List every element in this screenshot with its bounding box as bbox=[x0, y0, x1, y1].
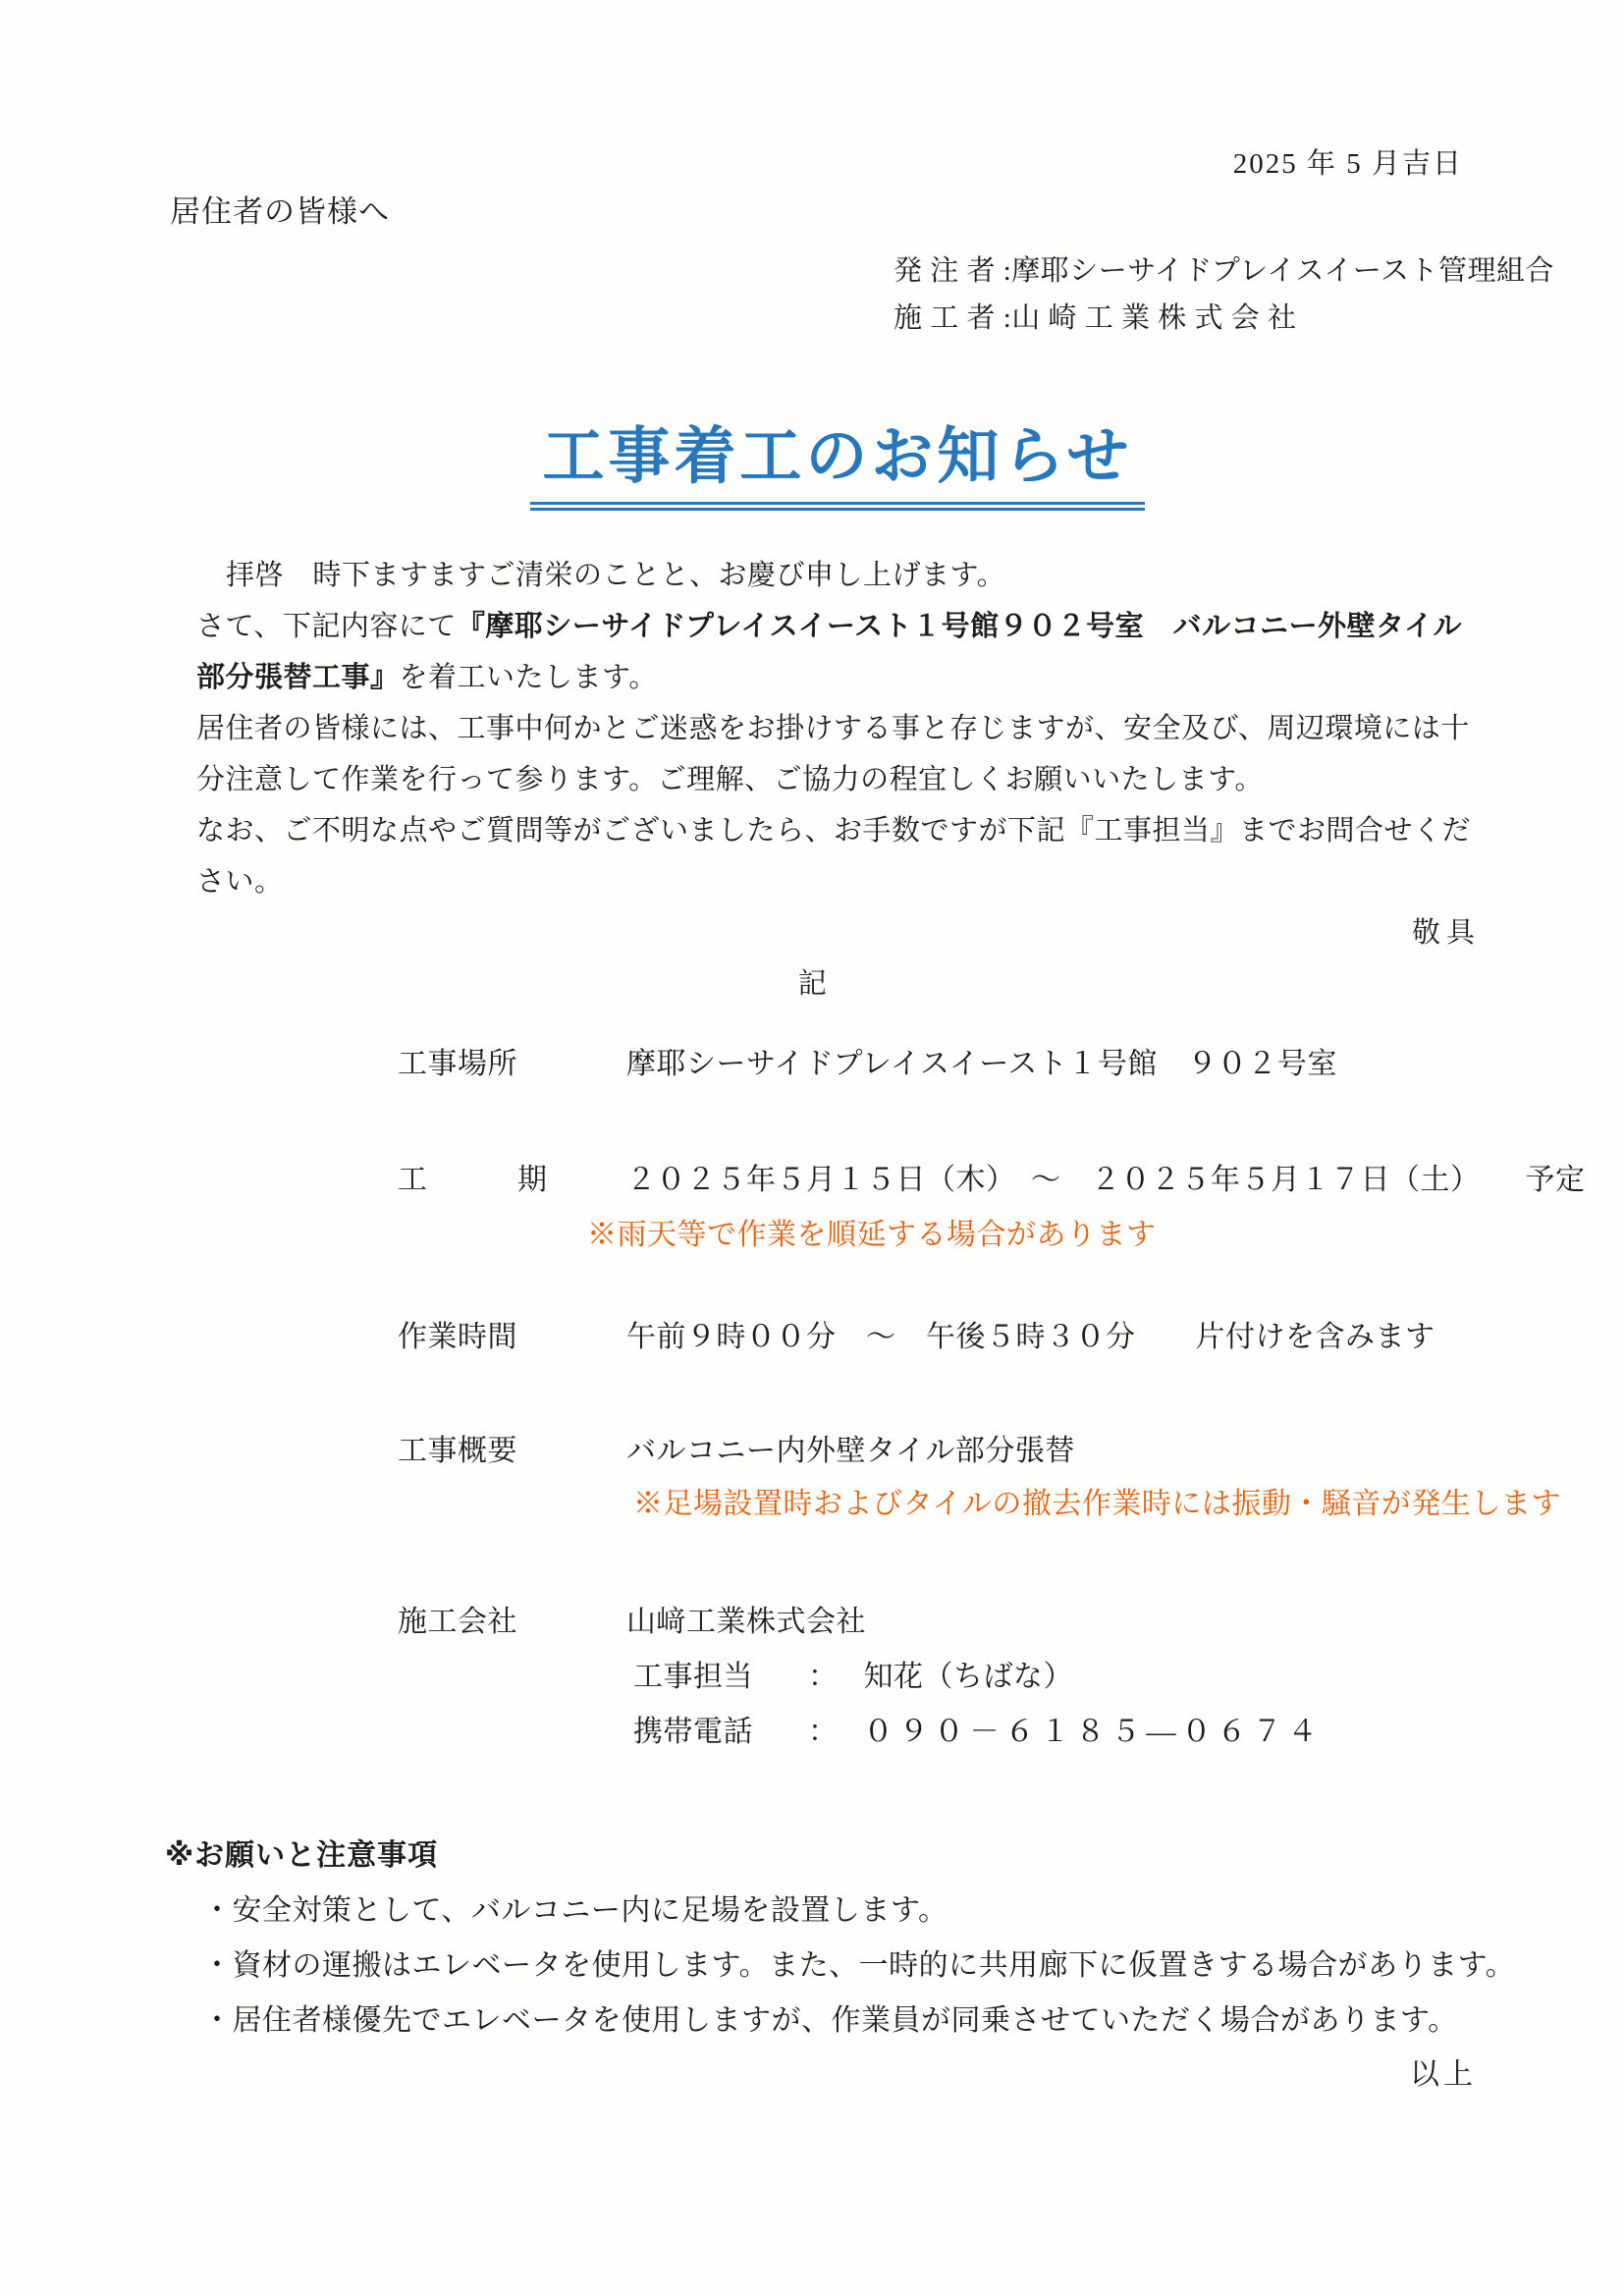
phone-label: 携帯電話 bbox=[633, 1711, 783, 1754]
note-bullet-scaffold: ・安全対策として、バルコニー内に足場を設置します。 bbox=[165, 1889, 1481, 1933]
detail-row-hours: 作業時間 午前９時００分 ～ 午後５時３０分 片付けを含みます bbox=[398, 1316, 1527, 1359]
detail-row-period: 工 期 ２０２５年５月１５日（木） ～ ２０２５年５月１７日（土） 予定 bbox=[398, 1159, 1527, 1202]
note-bullet-elevator: ・居住者様優先でエレベータを使用しますが、作業員が同乗させていただく場合がありま… bbox=[165, 1999, 1481, 2043]
title-row: 工事着工のお知らせ bbox=[0, 407, 1624, 511]
hours-value: 午前９時００分 ～ 午後５時３０分 片付けを含みます bbox=[626, 1316, 1435, 1359]
phone-row: 携帯電話 ： ０９０－６１８５―０６７４ bbox=[398, 1711, 1527, 1754]
contact-row: 工事担当 ： 知花（ちばな） bbox=[398, 1656, 1527, 1699]
announcement-paragraph: さて、下記内容にて『摩耶シーサイドプレイスイースト１号館９０２号室 バルコニー外… bbox=[196, 601, 1483, 703]
body-text: 拝啓 時下ますますご清栄のことと、お慶び申し上げます。 さて、下記内容にて『摩耶… bbox=[196, 550, 1483, 1010]
period-warning-note: ※雨天等で作業を順延する場合があります bbox=[398, 1214, 1527, 1257]
contractor-line: 施 工 者 :山 崎 工 業 株 式 会 社 bbox=[893, 295, 1554, 342]
contact-label: 工事担当 bbox=[633, 1656, 783, 1699]
location-label: 工事場所 bbox=[398, 1043, 626, 1086]
apology-paragraph: 居住者の皆様には、工事中何かとご迷惑をお掛けする事と存じますが、安全及び、周辺環… bbox=[196, 703, 1483, 805]
document-date: 2025 年 5 月吉日 bbox=[1233, 141, 1463, 182]
greeting-paragraph: 拝啓 時下ますますご清栄のことと、お慶び申し上げます。 bbox=[196, 550, 1483, 601]
company-value: 山﨑工業株式会社 bbox=[626, 1601, 866, 1644]
location-value: 摩耶シーサイドプレイスイースト１号館 ９０２号室 bbox=[626, 1043, 1337, 1086]
overview-label: 工事概要 bbox=[398, 1430, 626, 1473]
parties-block: 発 注 者 :摩耶シーサイドプレイスイースト管理組合 施 工 者 :山 崎 工 … bbox=[893, 247, 1554, 342]
phone-colon: ： bbox=[783, 1711, 864, 1754]
overview-warning-note: ※足場設置時およびタイルの撤去作業時には振動・騒音が発生します bbox=[398, 1483, 1527, 1526]
contact-colon: ： bbox=[783, 1656, 864, 1699]
closing-word: 敬具 bbox=[196, 907, 1483, 958]
details-section: 工事場所 摩耶シーサイドプレイスイースト１号館 ９０２号室 工 期 ２０２５年５… bbox=[398, 1043, 1527, 1754]
detail-row-location: 工事場所 摩耶シーサイドプレイスイースト１号館 ９０２号室 bbox=[398, 1043, 1527, 1086]
hours-label: 作業時間 bbox=[398, 1316, 626, 1359]
announcement-post: を着工いたします。 bbox=[400, 662, 658, 693]
contact-value: 知花（ちばな） bbox=[864, 1656, 1074, 1699]
recipient-line: 居住者の皆様へ bbox=[170, 187, 390, 231]
period-label: 工 期 bbox=[398, 1159, 626, 1202]
notes-section: ※お願いと注意事項 ・安全対策として、バルコニー内に足場を設置します。 ・資材の… bbox=[165, 1834, 1481, 2097]
period-value: ２０２５年５月１５日（木） ～ ２０２５年５月１７日（土） 予定 bbox=[626, 1159, 1586, 1202]
company-label: 施工会社 bbox=[398, 1601, 626, 1644]
detail-row-company: 施工会社 山﨑工業株式会社 bbox=[398, 1601, 1527, 1644]
detail-row-overview: 工事概要 バルコニー内外壁タイル部分張替 bbox=[398, 1430, 1527, 1473]
page-title: 工事着工のお知らせ bbox=[530, 407, 1144, 511]
notes-heading: ※お願いと注意事項 bbox=[165, 1834, 1481, 1878]
note-bullet-materials: ・資材の運搬はエレベータを使用します。また、一時的に共用廊下に仮置きする場合があ… bbox=[165, 1944, 1481, 1988]
announcement-pre: さて、下記内容にて bbox=[196, 611, 457, 642]
phone-value: ０９０－６１８５―０６７４ bbox=[864, 1711, 1324, 1754]
construction-notice-document: 2025 年 5 月吉日 居住者の皆様へ 発 注 者 :摩耶シーサイドプレイスイ… bbox=[0, 0, 1624, 2296]
record-mark: 記 bbox=[196, 958, 1483, 1010]
orderer-line: 発 注 者 :摩耶シーサイドプレイスイースト管理組合 bbox=[893, 247, 1554, 295]
end-mark: 以上 bbox=[165, 2053, 1481, 2097]
inquiry-paragraph: なお、ご不明な点やご質問等がございましたら、お手数ですが下記『工事担当』までお問… bbox=[196, 805, 1483, 907]
overview-value: バルコニー内外壁タイル部分張替 bbox=[626, 1430, 1075, 1473]
